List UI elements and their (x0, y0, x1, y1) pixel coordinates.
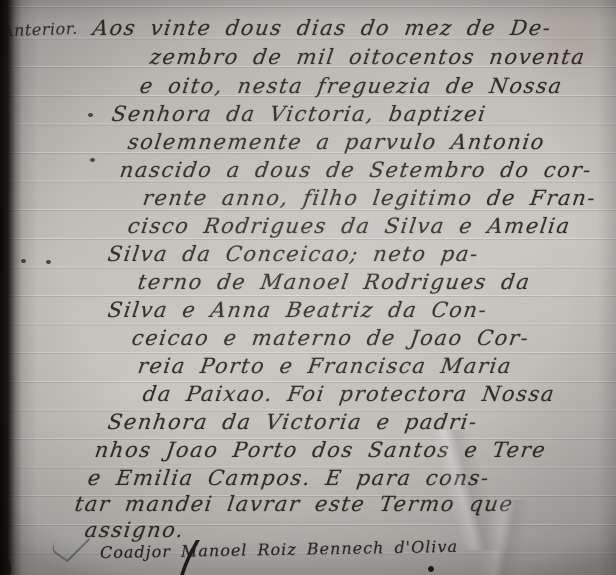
margin-ink-dot (88, 113, 93, 117)
manuscript-line: zembro de mil oitocentos noventa (150, 45, 586, 69)
manuscript-line: da Paixao. Foi protectora Nossa (143, 382, 555, 406)
manuscript-line: nhos Joao Porto dos Santos e Tere (95, 438, 546, 462)
margin-ink-dot (90, 158, 95, 162)
manuscript-line: Silva da Conceicao; neto pa- (108, 242, 479, 266)
manuscript-line: solemnemente a parvulo Antonio (128, 130, 545, 154)
manuscript-line: Silva e Anna Beatriz da Con- (108, 298, 487, 322)
manuscript-line: nascido a dous de Setembro do cor- (120, 158, 592, 182)
manuscript-line: cisco Rodrigues da Silva e Amelia (128, 214, 571, 238)
manuscript-line: e Emilia Campos. E para cons- (88, 466, 490, 490)
manuscript-line: terno de Manoel Rodrigues da (138, 270, 531, 294)
manuscript-page: Anterior. Aos vinte dous dias do mez de … (0, 0, 616, 575)
manuscript-line: ceicao e materno de Joao Cor- (132, 326, 529, 350)
manuscript-line: e oito, nesta freguezia de Nossa (140, 74, 563, 98)
book-gutter (0, 0, 22, 575)
manuscript-line: Senhora da Victoria, baptizei (112, 102, 487, 126)
partial-ink-dot (428, 566, 434, 572)
margin-ink-dot (46, 260, 51, 264)
manuscript-line: Aos vinte dous dias do mez de De- (93, 16, 552, 40)
manuscript-line: tar mandei lavrar este Termo que (75, 492, 514, 516)
manuscript-line: rente anno, filho legitimo de Fran- (143, 186, 596, 210)
signature-flourish (168, 540, 218, 575)
manuscript-line: Senhora da Victoria e padri- (108, 410, 478, 434)
manuscript-line: reia Porto e Francisca Maria (138, 354, 512, 378)
manuscript-line: assigno. (85, 518, 185, 542)
